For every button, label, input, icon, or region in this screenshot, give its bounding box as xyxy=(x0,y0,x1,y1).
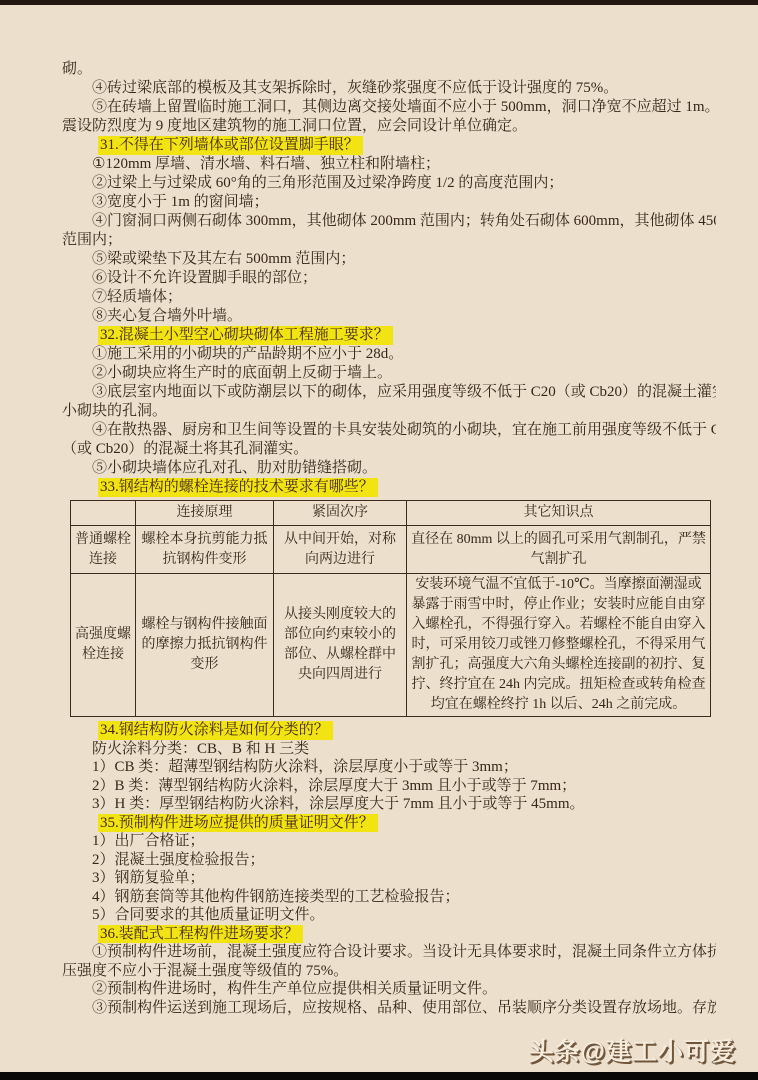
highlighted-text: 35.预制构件进场应提供的质量证明文件？ xyxy=(98,814,378,833)
document-content: 砌。④砖过梁底部的模板及其支架拆除时，灰缝砂浆强度不应低于设计强度的 75%。⑤… xyxy=(62,60,716,1017)
text-line: ⑤在砖墙上留置临时施工洞口，其侧边离交接处墙面不应小于 500mm，洞口净宽不应… xyxy=(62,98,716,117)
section-heading: 35.预制构件进场应提供的质量证明文件？ xyxy=(62,814,716,833)
text-line: ③宽度小于 1m 的窗间墙； xyxy=(62,193,716,212)
text-line: ④门窗洞口两侧石砌体 300mm，其他砌体 200mm 范围内；转角处石砌体 6… xyxy=(62,212,716,231)
text-line: 1）CB 类：超薄型钢结构防火涂料，涂层厚度小于或等于 3mm； xyxy=(62,758,716,777)
section-heading: 32.混凝土小型空心砌块砌体工程施工要求？ xyxy=(62,326,716,345)
section-heading: 33.钢结构的螺栓连接的技术要求有哪些？ xyxy=(62,478,716,497)
bottom-border-bar xyxy=(0,1072,758,1080)
section-fireproof-prefab: 34.钢结构防火涂料是如何分类的？防火涂料分类：CB、B 和 H 三类1）CB … xyxy=(62,721,716,1017)
text-line: ①预制构件进场前，混凝土强度应符合设计要求。当设计无具体要求时，混凝土同条件立方… xyxy=(62,943,716,962)
text-line: 2）B 类：薄型钢结构防火涂料，涂层厚度大于 3mm 且小于或等于 7mm； xyxy=(62,777,716,796)
text-line: 5）合同要求的其他质量证明文件。 xyxy=(62,906,716,925)
text-line: ⑥设计不允许设置脚手眼的部位； xyxy=(62,269,716,288)
text-line: 震设防烈度为 9 度地区建筑物的施工洞口位置，应会同设计单位确定。 xyxy=(62,117,716,136)
text-line: 压强度不应小于混凝土强度等级值的 75%。 xyxy=(62,962,716,981)
bolt-connection-table: 连接原理 紧固次序 其它知识点 普通螺栓连接 螺栓本身抗剪能力抵抗钢构件变形 从… xyxy=(70,500,711,717)
row-label: 高强度螺栓连接 xyxy=(71,574,136,717)
text-line: 3）H 类：厚型钢结构防火涂料，涂层厚度大于 7mm 且小于或等于 45mm。 xyxy=(62,795,716,814)
text-line: ②预制构件进场时，构件生产单位应提供相关质量证明文件。 xyxy=(62,980,716,999)
document-page: 砌。④砖过梁底部的模板及其支架拆除时，灰缝砂浆强度不应低于设计强度的 75%。⑤… xyxy=(0,0,758,1080)
highlighted-text: 34.钢结构防火涂料是如何分类的？ xyxy=(98,721,333,740)
text-line: ④砖过梁底部的模板及其支架拆除时，灰缝砂浆强度不应低于设计强度的 75%。 xyxy=(62,79,716,98)
table-header-connection-principle: 连接原理 xyxy=(136,501,274,526)
highlighted-text: 32.混凝土小型空心砌块砌体工程施工要求？ xyxy=(98,326,393,345)
section-masonry-steel: 砌。④砖过梁底部的模板及其支架拆除时，灰缝砂浆强度不应低于设计强度的 75%。⑤… xyxy=(62,60,716,497)
text-line: ⑦轻质墙体； xyxy=(62,288,716,307)
table-header-row: 连接原理 紧固次序 其它知识点 xyxy=(71,501,711,526)
table-row-ordinary-bolt: 普通螺栓连接 螺栓本身抗剪能力抵抗钢构件变形 从中间开始，对称向两边进行 直径在… xyxy=(71,526,711,574)
text-line: 2）混凝土强度检验报告； xyxy=(62,851,716,870)
table-cell: 从中间开始，对称向两边进行 xyxy=(274,526,407,574)
text-line: 砌。 xyxy=(62,60,716,79)
text-line: 小砌块的孔洞。 xyxy=(62,402,716,421)
table-cell: 从接头刚度较大的部位向约束较小的部位、从螺栓群中央向四周进行 xyxy=(274,574,407,717)
text-line: ②小砌块应将生产时的底面朝上反砌于墙上。 xyxy=(62,364,716,383)
text-line: ①120mm 厚墙、清水墙、料石墙、独立柱和附墙柱； xyxy=(62,155,716,174)
table-row-high-strength-bolt: 高强度螺栓连接 螺栓与钢构件接触面的摩擦力抵抗钢构件变形 从接头刚度较大的部位向… xyxy=(71,574,711,717)
row-label: 普通螺栓连接 xyxy=(71,526,136,574)
table-corner-cell xyxy=(71,501,136,526)
text-line: ①施工采用的小砌块的产品龄期不应小于 28d。 xyxy=(62,345,716,364)
table-header-other-knowledge: 其它知识点 xyxy=(407,501,711,526)
text-line: ⑤梁或梁垫下及其左右 500mm 范围内； xyxy=(62,250,716,269)
text-line: 3）钢筋复验单； xyxy=(62,869,716,888)
text-line: 4）钢筋套筒等其他构件钢筋连接类型的工艺检验报告； xyxy=(62,888,716,907)
table-cell: 螺栓本身抗剪能力抵抗钢构件变形 xyxy=(136,526,274,574)
section-heading: 36.装配式工程构件进场要求？ xyxy=(62,925,716,944)
text-line: ②过梁上与过梁成 60°角的三角形范围及过梁净跨度 1/2 的高度范围内； xyxy=(62,174,716,193)
text-line: ③底层室内地面以下或防潮层以下的砌体，应采用强度等级不低于 C20（或 Cb20… xyxy=(62,383,716,402)
text-line: ⑤小砌块墙体应孔对孔、肋对肋错缝搭砌。 xyxy=(62,459,716,478)
text-line: ③预制构件运送到施工现场后，应按规格、品种、使用部位、吊装顺序分类设置存放场地。… xyxy=(62,999,716,1018)
text-line: ④在散热器、厨房和卫生间等设置的卡具安装处砌筑的小砌块，宜在施工前用强度等级不低… xyxy=(62,421,716,440)
highlighted-text: 36.装配式工程构件进场要求？ xyxy=(98,925,303,944)
text-line: 范围内； xyxy=(62,231,716,250)
highlighted-text: 33.钢结构的螺栓连接的技术要求有哪些？ xyxy=(98,478,378,497)
text-line: 防火涂料分类：CB、B 和 H 三类 xyxy=(62,740,716,759)
top-border-bar xyxy=(0,0,758,5)
table-cell: 直径在 80mm 以上的圆孔可采用气割制孔，严禁气割扩孔 xyxy=(407,526,711,574)
section-heading: 34.钢结构防火涂料是如何分类的？ xyxy=(62,721,716,740)
highlighted-text: 31.不得在下列墙体或部位设置脚手眼？ xyxy=(98,136,363,155)
table-header-tightening-order: 紧固次序 xyxy=(274,501,407,526)
text-line: ⑧夹心复合墙外叶墙。 xyxy=(62,307,716,326)
section-heading: 31.不得在下列墙体或部位设置脚手眼？ xyxy=(62,136,716,155)
text-line: 1）出厂合格证； xyxy=(62,832,716,851)
watermark-text: 头条@建工小可爱 xyxy=(529,1032,736,1068)
text-line: （或 Cb20）的混凝土将其孔洞灌实。 xyxy=(62,440,716,459)
table-cell: 螺栓与钢构件接触面的摩擦力抵抗钢构件变形 xyxy=(136,574,274,717)
table-cell-notes: 安装环境气温不宜低于-10℃。当摩擦面潮湿或暴露于雨雪中时，停止作业；安装时应能… xyxy=(407,574,711,717)
